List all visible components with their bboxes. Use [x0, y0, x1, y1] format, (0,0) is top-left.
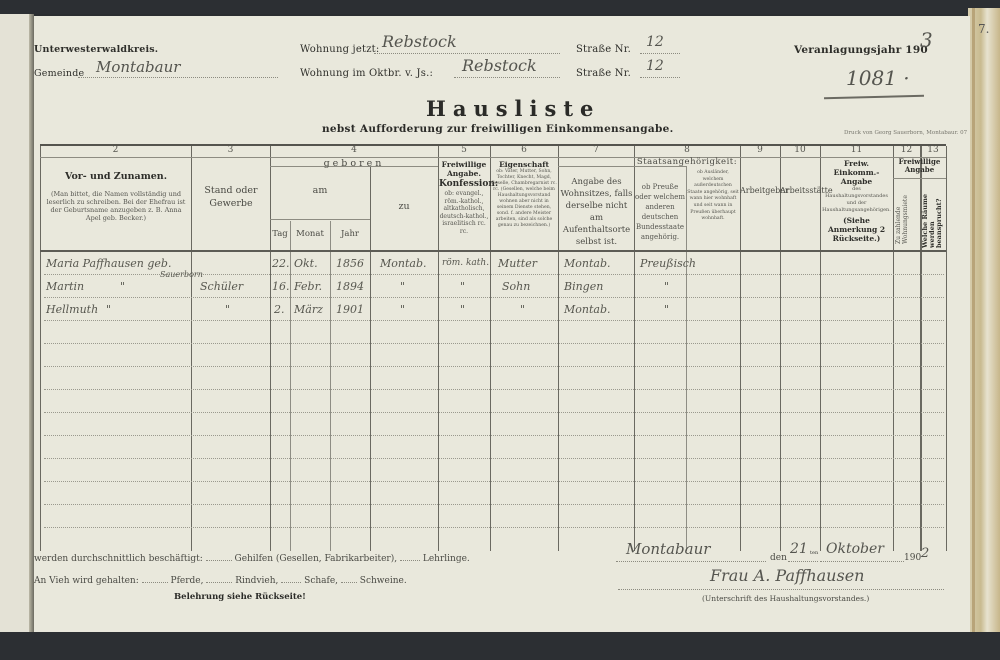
header-einkommen-ref: (Siehe Anmerkung 2 Rückseite.): [821, 216, 892, 243]
colnum-12: 12: [893, 145, 920, 155]
row2-jahr: 1894: [336, 280, 364, 293]
col-border: [946, 146, 947, 551]
gehilfen-blank: [206, 560, 232, 561]
household-table: 2 3 4 5 6 7 8 9 10 11 12 13 Vor- und Zun…: [40, 144, 946, 551]
col-border: [191, 146, 192, 551]
row3-staat: ": [664, 303, 669, 316]
gemeinde-field: Montabaur: [78, 62, 278, 78]
header-eigenschaft-note: ob: Vater, Mutter, Sohn, Tochter, Knecht…: [491, 169, 557, 228]
header-konfession-title: Freiwillige Angabe.: [439, 160, 489, 178]
printer-note: Druck von Georg Sauerborn, Montabaur. 07: [844, 130, 967, 136]
row3-monat: März: [294, 303, 323, 316]
row3-ditto: ": [106, 303, 111, 316]
header-arbeitsstaette: Arbeitsstätte: [780, 184, 820, 197]
row2-wohnsitz: Bingen: [564, 280, 603, 293]
year-prefix: 190: [904, 553, 921, 563]
strasse-value-1: 12: [646, 34, 664, 50]
livestock-label: An Vieh wird gehalten:: [34, 576, 139, 586]
header-wohnsitz: Angabe des Wohnsitzes, falls derselbe ni…: [560, 176, 633, 248]
strasse-label-2: Straße Nr.: [576, 68, 631, 79]
row-line: [44, 435, 944, 436]
previous-page-edge: [0, 14, 34, 632]
col-border: [893, 146, 894, 551]
strasse-field-1: 12: [640, 38, 680, 54]
row3-zu: ": [400, 303, 405, 316]
col-border: [558, 146, 559, 551]
colnum-7: 7: [558, 145, 634, 155]
form-title: Hausliste: [426, 96, 600, 121]
header-names-note: (Man bittet, die Namen vollständig und l…: [47, 190, 186, 222]
header-staat-preusse: ob Preuße oder welchem anderen deutschen…: [635, 182, 685, 242]
list-number: 1081 ·: [846, 66, 910, 90]
col-border: [270, 146, 271, 551]
row-line: [44, 343, 944, 344]
colnum-4: 4: [270, 145, 438, 155]
background-bottom: [0, 632, 1000, 660]
livestock-line: An Vieh wird gehalten: Pferde, Rindvieh,…: [34, 576, 407, 586]
colnum-2: 2: [40, 145, 191, 155]
strasse-field-2: 12: [640, 62, 680, 78]
lehrlinge-blank: [400, 560, 420, 561]
wohnung-oktbr-value: Rebstock: [462, 56, 537, 75]
row3-tag: 2.: [274, 303, 285, 316]
colnum-5: 5: [438, 145, 490, 155]
lehrlinge-label: Lehrlinge.: [423, 554, 470, 564]
veranlagungsjahr-label: Veranlagungsjahr 190: [794, 44, 928, 56]
row1-tag: 22.: [272, 257, 290, 270]
rindvieh-blank: [206, 582, 232, 583]
header-raeume: Welche Räume werden beansprucht?: [922, 178, 943, 248]
header-eigenschaft-title: Eigenschaft: [491, 160, 557, 169]
colnum-6: 6: [490, 145, 558, 155]
row-line: [44, 320, 944, 321]
signature-value: Frau A. Paffhausen: [710, 566, 864, 585]
header-staat-auslaender: ob Ausländer, welchem außerdeutschen Sta…: [687, 170, 739, 223]
row1-monat: Okt.: [294, 257, 318, 270]
wohnung-oktbr-field: Rebstock: [454, 62, 560, 78]
row1-konfession: röm. kath.: [442, 258, 489, 268]
employees-label: werden durchschnittlich beschäftigt:: [34, 554, 203, 564]
wohnung-jetzt-label: Wohnung jetzt:: [300, 44, 379, 55]
header-einkommen-note: des Haushaltungsvorstandes und der Haush…: [822, 186, 891, 213]
signature-field: Frau A. Paffhausen: [618, 570, 944, 590]
schafe-blank: [281, 582, 301, 583]
list-number-underline: [824, 95, 924, 100]
year-value: 2: [921, 546, 929, 561]
row1-maiden-name: Sauerborn: [160, 270, 203, 279]
am-divider: [270, 219, 370, 220]
row2-zu: ": [400, 280, 405, 293]
day-value: 21: [790, 541, 808, 557]
row3-eigenschaft: ": [520, 303, 525, 316]
row3-konfession: ": [460, 303, 465, 316]
row2-ditto: ": [120, 280, 125, 293]
row2-eigenschaft: Sohn: [502, 280, 530, 293]
employees-line: werden durchschnittlich beschäftigt: Geh…: [34, 554, 470, 564]
col-border: [290, 221, 291, 551]
col-border: [686, 166, 687, 551]
gemeinde-value: Montabaur: [96, 58, 180, 76]
row1-wohnsitz: Montab.: [564, 257, 611, 270]
header-konfession: Freiwillige Angabe. Konfession: ob: evan…: [439, 160, 489, 235]
place-value: Montabaur: [626, 540, 710, 558]
header-names-title: Vor- und Zunamen.: [44, 172, 188, 182]
signature-caption: (Unterschrift des Haushaltungsvorstandes…: [702, 594, 869, 603]
header-bottom-border: [40, 250, 946, 252]
row-line: [44, 389, 944, 390]
row2-monat: Febr.: [294, 280, 322, 293]
month-value: Oktober: [826, 541, 884, 557]
page-stack-line: [972, 8, 975, 634]
wohnung-jetzt-value: Rebstock: [382, 32, 457, 51]
header-staat-title: Staatsangehörigkeit:: [634, 156, 740, 169]
day-field: 21 ten: [788, 546, 818, 562]
gemeinde-label: Gemeinde: [34, 68, 84, 79]
day-suffix: ten: [810, 550, 818, 556]
header-konfession-sub: Konfession:: [439, 178, 489, 190]
col-border: [370, 166, 371, 551]
col-border: [40, 146, 41, 551]
colnum-3: 3: [191, 145, 270, 155]
row-line: [44, 458, 944, 459]
pferde-blank: [142, 582, 168, 583]
colnum-11: 11: [820, 145, 893, 155]
row1-staat: Preußisch: [640, 257, 696, 270]
header-monat: Monat: [290, 228, 330, 241]
row2-konfession: ": [460, 280, 465, 293]
header-einkommen: Freiw. Einkomm.-Angabe des Haushaltungsv…: [821, 159, 892, 243]
header-stand: Stand oder Gewerbe: [195, 184, 267, 210]
background-top: [0, 0, 1000, 14]
row1-jahr: 1856: [336, 257, 364, 270]
col-border: [740, 146, 741, 551]
row-line: [44, 297, 944, 298]
page-stack-edge: 7.: [968, 8, 1000, 634]
row-line: [44, 504, 944, 505]
form-subtitle: nebst Aufforderung zur freiwilligen Eink…: [322, 123, 674, 135]
colnum-divider: [40, 157, 946, 158]
gehilfen-label: Gehilfen (Gesellen, Fabrikarbeiter),: [235, 554, 398, 564]
hausliste-form: Unterwesterwaldkreis. Gemeinde Montabaur…: [34, 16, 970, 632]
header-konfession-note: ob: evangel., röm.-kathol., altkatholisc…: [440, 190, 489, 235]
header-jahr: Jahr: [330, 228, 370, 241]
row-line: [44, 366, 944, 367]
header-einkommen-title: Freiw. Einkomm.-Angabe: [821, 159, 892, 186]
row-line: [44, 412, 944, 413]
pferde-label: Pferde,: [171, 576, 204, 586]
header-names: Vor- und Zunamen. (Man bittet, die Namen…: [44, 172, 188, 222]
header-zu: zu: [370, 200, 438, 213]
row3-wohnsitz: Montab.: [564, 303, 611, 316]
col-border: [780, 146, 781, 551]
col-border: [330, 221, 331, 551]
row-line: [44, 527, 944, 528]
header-geboren: geboren: [270, 157, 438, 170]
row2-tag: 16.: [272, 280, 290, 293]
wohnung-oktbr-label: Wohnung im Oktbr. v. Js.:: [300, 68, 433, 79]
row1-zu: Montab.: [380, 257, 427, 270]
schweine-label: Schweine.: [360, 576, 407, 586]
row3-stand: ": [225, 303, 230, 316]
row2-name: Martin: [46, 280, 84, 293]
place-field: Montabaur: [616, 546, 766, 562]
month-field: Oktober: [820, 546, 904, 562]
header-eigenschaft: Eigenschaft ob: Vater, Mutter, Sohn, Toc…: [491, 160, 557, 229]
row-line: [44, 481, 944, 482]
strasse-value-2: 12: [646, 58, 664, 74]
row1-name: Maria Paffhausen geb.: [46, 257, 171, 270]
strasse-label-1: Straße Nr.: [576, 44, 631, 55]
den-label: den: [770, 553, 787, 563]
header-tag: Tag: [270, 228, 290, 241]
colnum-8: 8: [634, 145, 740, 155]
belehrung-note: Belehrung siehe Rückseite!: [174, 592, 306, 602]
district-label: Unterwesterwaldkreis.: [34, 44, 158, 55]
rindvieh-label: Rindvieh,: [235, 576, 278, 586]
colnum-13: 13: [920, 145, 946, 155]
veranlagungsjahr-value: 3: [920, 28, 933, 52]
schafe-label: Schafe,: [304, 576, 338, 586]
header-am: am: [270, 184, 370, 197]
row3-jahr: 1901: [336, 303, 364, 316]
colnum-10: 10: [780, 145, 820, 155]
row3-name: Hellmuth: [46, 303, 98, 316]
colnum-9: 9: [740, 145, 780, 155]
edge-mark: 7.: [978, 22, 989, 36]
row2-stand: Schüler: [200, 280, 243, 293]
wohnung-jetzt-field: Rebstock: [374, 38, 560, 54]
row2-staat: ": [664, 280, 669, 293]
schweine-blank: [341, 582, 357, 583]
header-miete: Zu zahlende Wohnungsmiete: [895, 164, 909, 244]
row1-eigenschaft: Mutter: [498, 257, 537, 270]
header-arbeitgeber: Arbeitgeber: [740, 184, 780, 197]
